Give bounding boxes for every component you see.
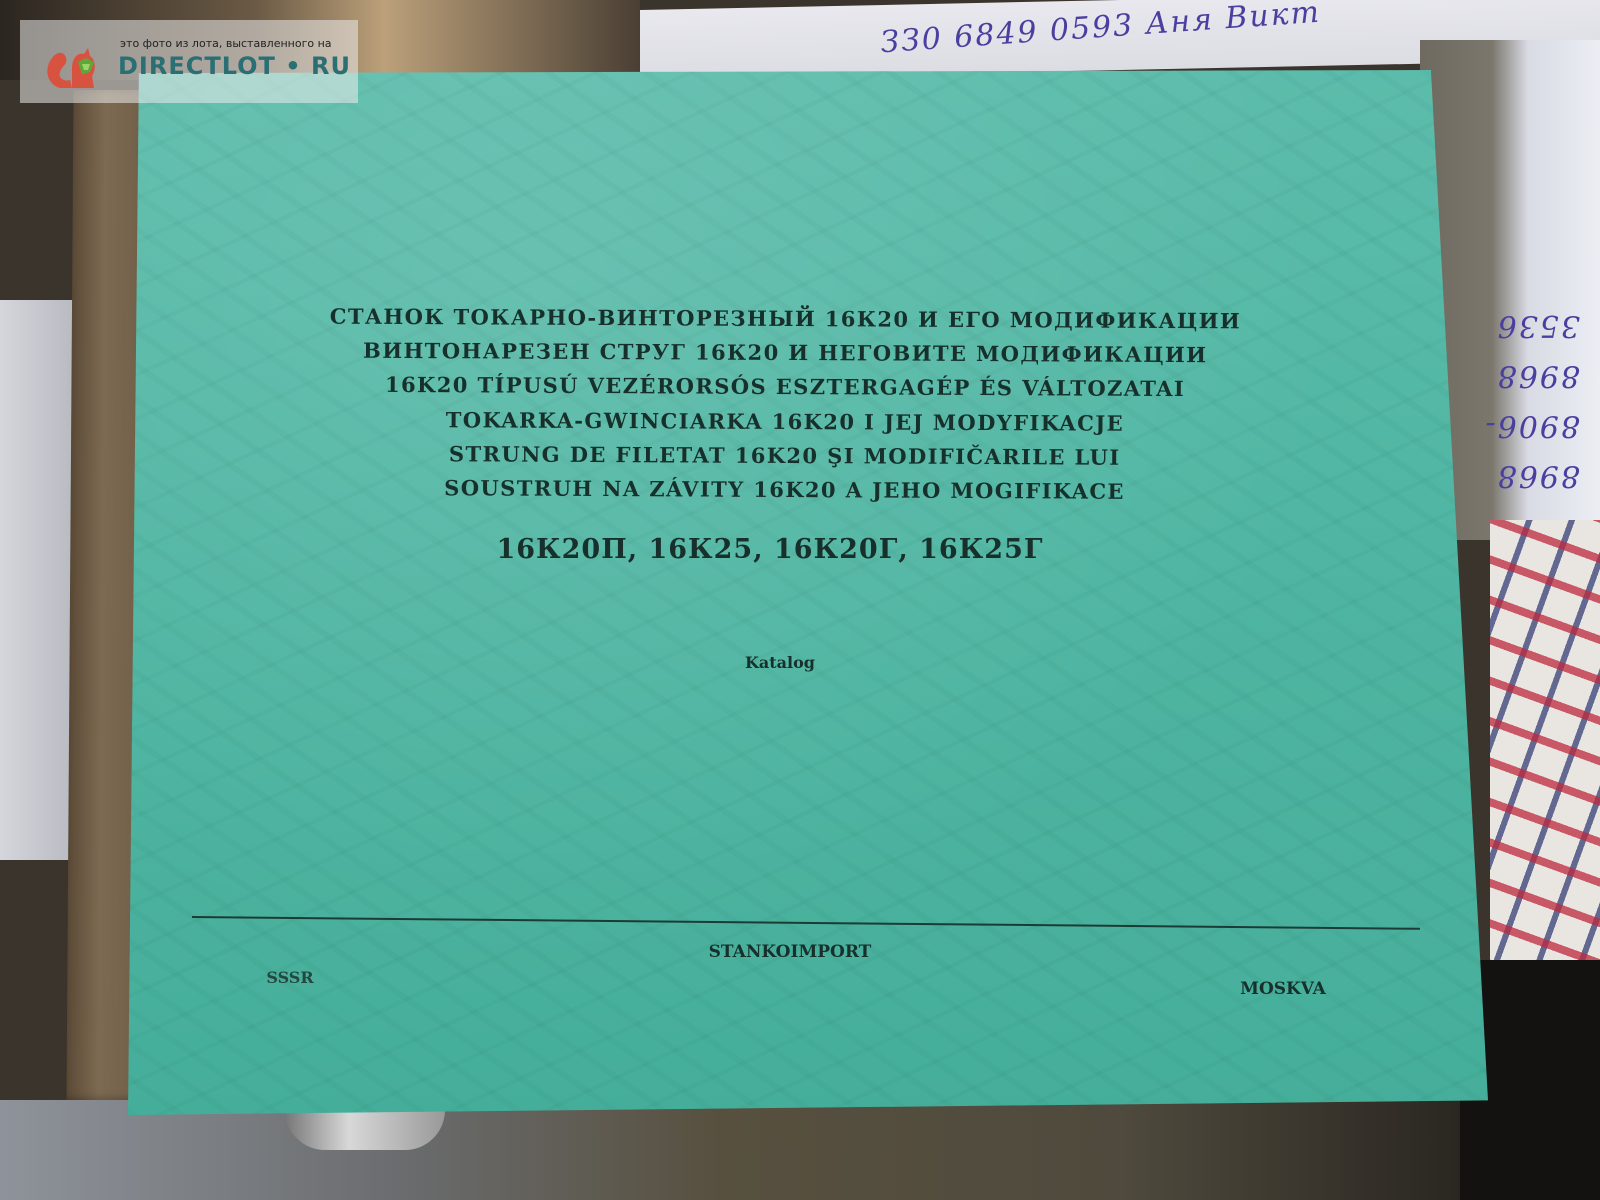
squirrel-logo-icon xyxy=(42,40,106,92)
country-label: SSSR xyxy=(250,968,330,987)
handwritten-side-notes: 8968 8906- 8968 3536 xyxy=(1484,300,1580,500)
title-line-polish: TOKARKA-GWINCIARKA 16K20 I JEJ MODYFIKAC… xyxy=(290,402,1280,441)
title-line-bulgarian: ВИНТОНАРЕЗЕН СТРУГ 16К20 И НЕГОВИТЕ МОДИ… xyxy=(290,334,1280,373)
directlot-watermark: это фото из лота, выставленного на DIREC… xyxy=(20,20,358,103)
handwritten-number: 8968 xyxy=(1484,450,1580,500)
background-table-surface xyxy=(0,1100,1600,1200)
watermark-brand: DIRECTLOT • RU xyxy=(118,52,351,80)
publisher-name: STANKOIMPORT xyxy=(680,942,900,962)
metal-cylinder xyxy=(285,1110,445,1150)
title-line-russian: СТАНОК ТОКАРНО-ВИНТОРЕЗНЫЙ 16К20 И ЕГО М… xyxy=(290,299,1280,338)
title-line-hungarian: 16K20 TÍPUSÚ VEZÉRORSÓS ESZTERGAGÉP ÉS V… xyxy=(290,368,1280,407)
model-list: 16К20П, 16К25, 16К20Г, 16К25Г xyxy=(480,534,1060,565)
title-line-romanian: STRUNG DE FILETAT 16K20 ŞI MODIFIČARILE … xyxy=(290,436,1280,475)
handwritten-number: 8906- xyxy=(1484,400,1580,450)
handwritten-number: 8968 xyxy=(1484,350,1580,400)
city-label: MOSKVA xyxy=(1218,979,1348,999)
watermark-caption: это фото из лота, выставленного на xyxy=(120,37,332,50)
multilingual-title: СТАНОК ТОКАРНО-ВИНТОРЕЗНЫЙ 16К20 И ЕГО М… xyxy=(289,299,1280,509)
plaid-cloth xyxy=(1490,520,1600,1000)
catalog-subtitle: Katalog xyxy=(720,653,840,672)
title-line-czech: SOUSTRUH NA ZÁVITY 16K20 A JEHO MOGIFIKA… xyxy=(289,470,1279,509)
handwritten-number: 3536 xyxy=(1484,300,1580,350)
